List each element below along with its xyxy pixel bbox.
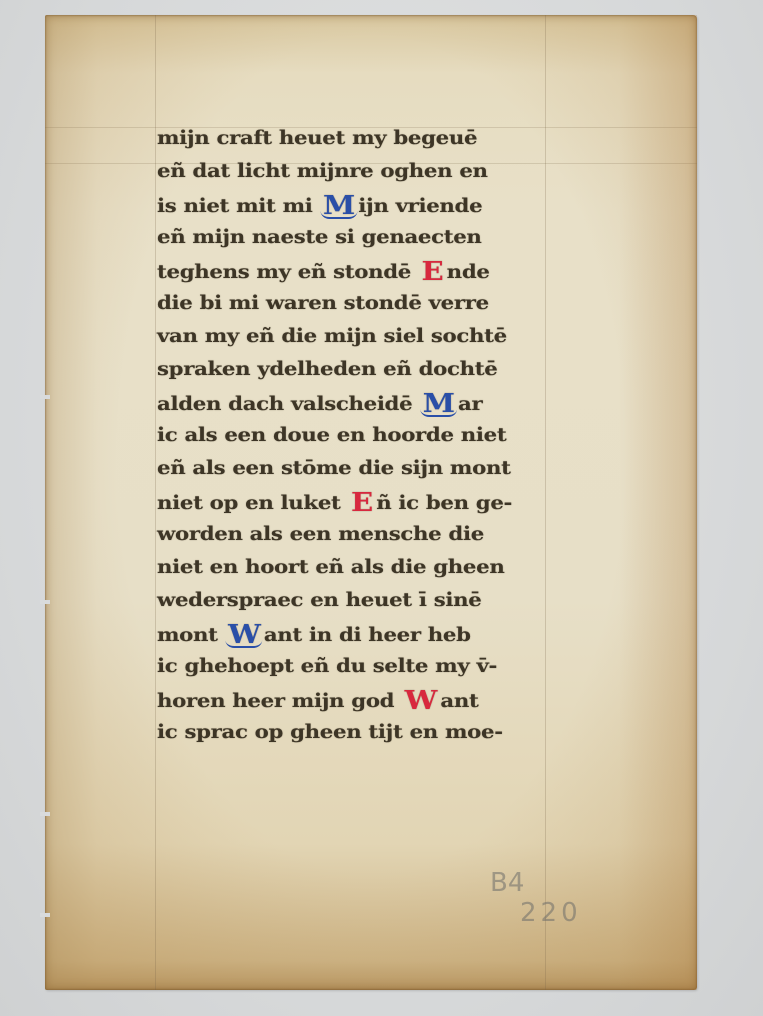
line-text: alden dach valscheidē (157, 393, 419, 415)
manuscript-line: eñ mijn naeste si genaecten (157, 226, 482, 256)
manuscript-line: wederspraec en heuet ī sinē (157, 589, 481, 619)
line-text: horen heer mijn god (157, 690, 401, 712)
manuscript-line: ic ghehoept eñ du selte my v̄- (157, 655, 497, 685)
annotation-line-1: B4 (490, 868, 524, 898)
line-text-continued: ijn vriende (358, 195, 482, 217)
line-text: eñ als een stōme die sijn mont (157, 457, 511, 479)
manuscript-line: die bi mi waren stondē verre (157, 292, 489, 322)
manuscript-line: eñ dat licht mijnre oghen en (157, 160, 488, 190)
line-text: teghens my eñ stondē (157, 261, 418, 283)
ruling-line-left (155, 15, 156, 990)
edge-nick (40, 913, 50, 917)
line-text: die bi mi waren stondē verre (157, 292, 489, 314)
line-text: mijn craft heuet my begeuē (157, 127, 477, 149)
edge-nick (40, 812, 50, 816)
line-text: ic als een doue en hoorde niet (157, 424, 506, 446)
manuscript-line: horen heer mijn god Want (157, 688, 478, 718)
manuscript-line: ic sprac op gheen tijt en moe- (157, 721, 503, 751)
manuscript-line: niet op en luket Eñ ic ben ge- (157, 490, 512, 520)
blue-initial: M (321, 195, 357, 219)
manuscript-line: van my eñ die mijn siel sochtē (157, 325, 507, 355)
annotation-line-2: 220 (490, 898, 630, 928)
line-text: spraken ydelheden eñ dochtē (157, 358, 497, 380)
manuscript-line: teghens my eñ stondē Ende (157, 259, 490, 289)
line-text: is niet mit mi (157, 195, 320, 217)
manuscript-line: ic als een doue en hoorde niet (157, 424, 506, 454)
pencil-annotation: B4 220 (490, 868, 630, 928)
red-initial: E (419, 261, 445, 283)
line-text-continued: nde (447, 261, 490, 283)
line-text-continued: ar (458, 393, 482, 415)
line-text: mont (157, 624, 225, 646)
red-initial: W (402, 690, 439, 712)
blue-initial: W (226, 624, 263, 648)
line-text: van my eñ die mijn siel sochtē (157, 325, 507, 347)
line-text: ic ghehoept eñ du selte my v̄- (157, 655, 497, 677)
line-text-continued: ant (440, 690, 478, 712)
manuscript-line: niet en hoort eñ als die gheen (157, 556, 504, 586)
edge-nick (40, 600, 50, 604)
line-text: eñ mijn naeste si genaecten (157, 226, 482, 248)
edge-nick (40, 395, 50, 399)
manuscript-line: eñ als een stōme die sijn mont (157, 457, 511, 487)
ruling-line-right (545, 15, 546, 990)
red-initial: E (349, 492, 375, 514)
line-text: ic sprac op gheen tijt en moe- (157, 721, 503, 743)
line-text-continued: ant in di heer heb (264, 624, 471, 646)
line-text: wederspraec en heuet ī sinē (157, 589, 481, 611)
line-text-continued: ñ ic ben ge- (376, 492, 512, 514)
line-text: worden als een mensche die (157, 523, 484, 545)
manuscript-line: mont Want in di heer heb (157, 622, 471, 652)
manuscript-line: is niet mit mi Mijn vriende (157, 193, 482, 223)
manuscript-line: spraken ydelheden eñ dochtē (157, 358, 497, 388)
line-text: niet en hoort eñ als die gheen (157, 556, 504, 578)
line-text: niet op en luket (157, 492, 348, 514)
manuscript-line: mijn craft heuet my begeuē (157, 127, 477, 157)
blue-initial: M (421, 393, 457, 417)
manuscript-line: alden dach valscheidē Mar (157, 391, 482, 421)
manuscript-line: worden als een mensche die (157, 523, 484, 553)
line-text: eñ dat licht mijnre oghen en (157, 160, 488, 182)
